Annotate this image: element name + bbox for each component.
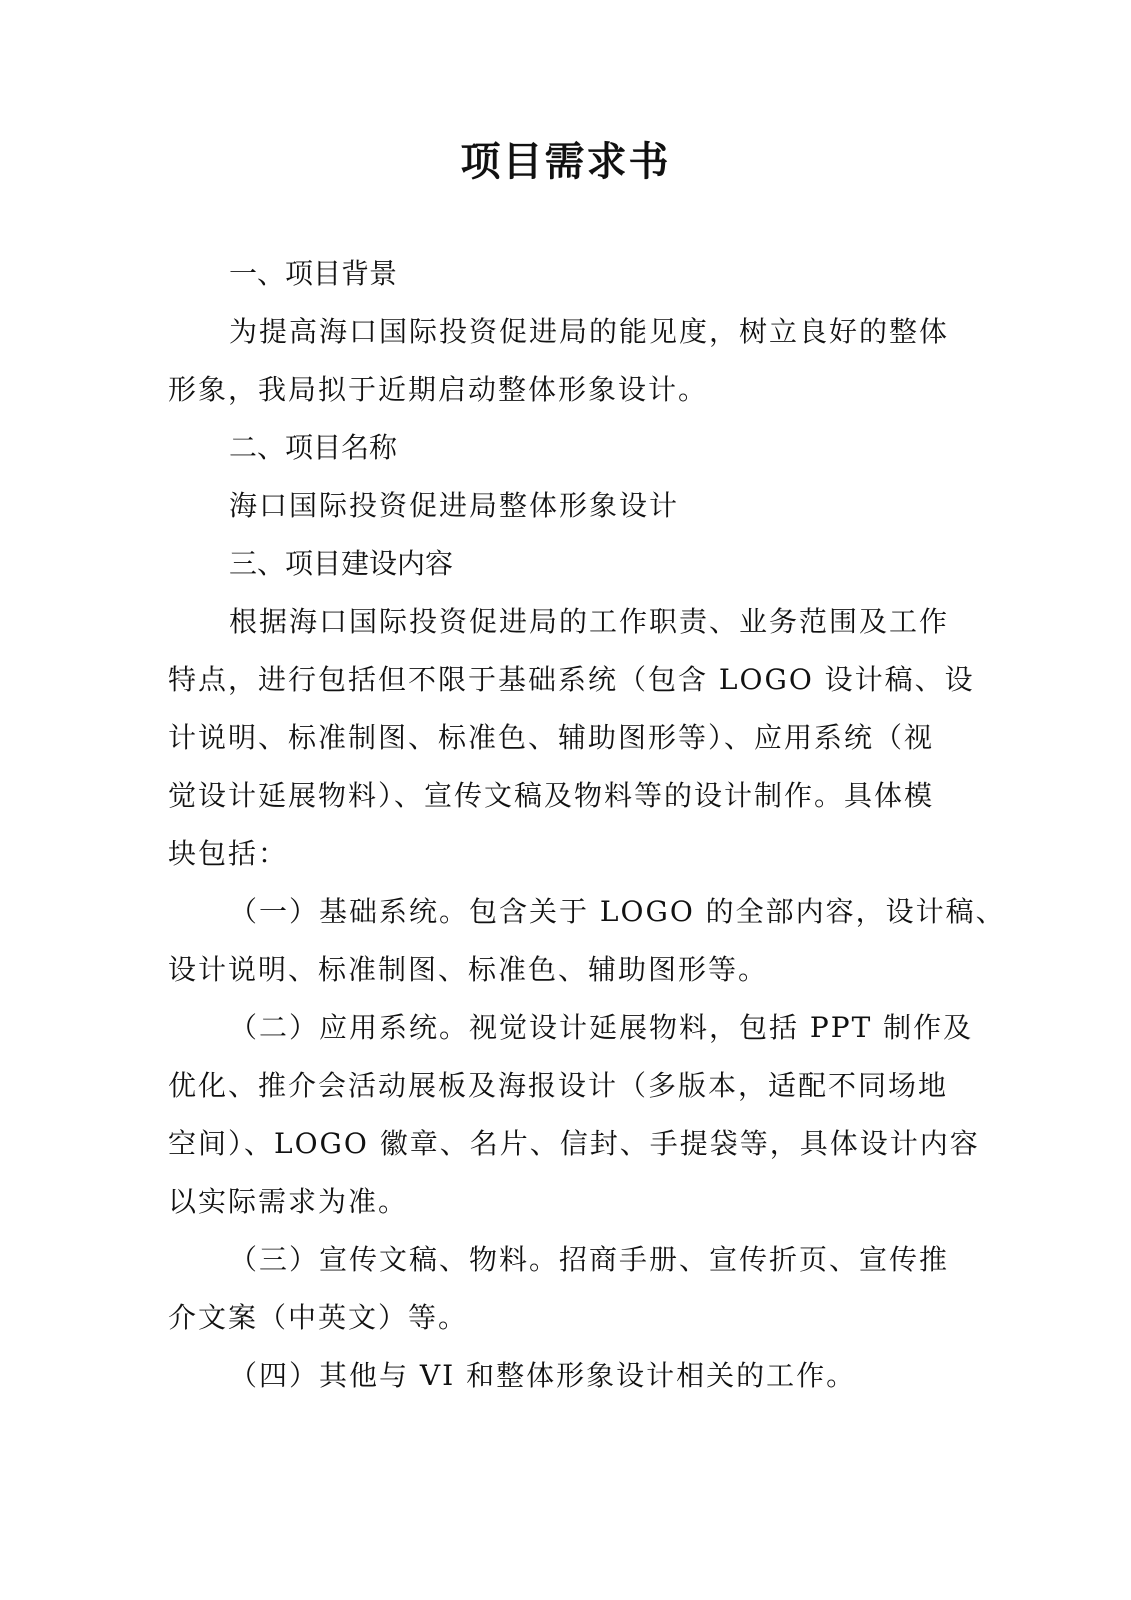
paragraph-line: 根据海口国际投资促进局的工作职责、业务范围及工作 bbox=[229, 602, 949, 642]
paragraph-line: 为提高海口国际投资促进局的能见度，树立良好的整体 bbox=[229, 312, 949, 352]
item-application-system-line: 空间）、LOGO 徽章、名片、信封、手提袋等，具体设计内容 bbox=[168, 1124, 980, 1164]
item-application-system-line: 以实际需求为准。 bbox=[168, 1182, 408, 1222]
item-other-work-line: （四）其他与 VI 和整体形象设计相关的工作。 bbox=[229, 1356, 856, 1396]
section-heading-background: 一、项目背景 bbox=[229, 254, 397, 294]
section-heading-construction-content: 三、项目建设内容 bbox=[229, 544, 453, 584]
paragraph-line: 特点，进行包括但不限于基础系统（包含 LOGO 设计稿、设 bbox=[168, 660, 975, 700]
paragraph-line: 形象，我局拟于近期启动整体形象设计。 bbox=[168, 370, 708, 410]
paragraph-line: 块包括： bbox=[168, 834, 288, 874]
item-basic-system-line: 设计说明、标准制图、标准色、辅助图形等。 bbox=[168, 950, 768, 990]
section-heading-project-name: 二、项目名称 bbox=[229, 428, 397, 468]
item-promo-materials-line: 介文案（中英文）等。 bbox=[168, 1298, 468, 1338]
project-name-text: 海口国际投资促进局整体形象设计 bbox=[229, 486, 679, 526]
paragraph-line: 觉设计延展物料）、宣传文稿及物料等的设计制作。具体模 bbox=[168, 776, 934, 816]
item-application-system-line: 优化、推介会活动展板及海报设计（多版本，适配不同场地 bbox=[168, 1066, 948, 1106]
document-page: 项目需求书 一、项目背景 为提高海口国际投资促进局的能见度，树立良好的整体 形象… bbox=[0, 0, 1131, 1600]
item-application-system-line: （二）应用系统。视觉设计延展物料，包括 PPT 制作及 bbox=[229, 1008, 973, 1048]
document-title: 项目需求书 bbox=[0, 136, 1131, 188]
item-basic-system-line: （一）基础系统。包含关于 LOGO 的全部内容，设计稿、 bbox=[229, 892, 1006, 932]
item-promo-materials-line: （三）宣传文稿、物料。招商手册、宣传折页、宣传推 bbox=[229, 1240, 949, 1280]
paragraph-line: 计说明、标准制图、标准色、辅助图形等）、应用系统（视 bbox=[168, 718, 934, 758]
